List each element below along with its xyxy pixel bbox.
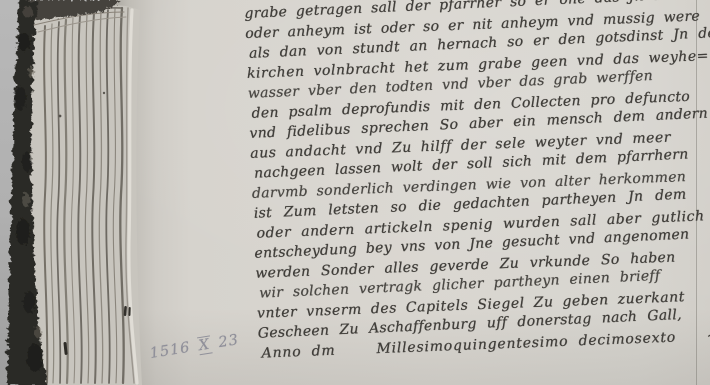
manuscript-photo: grabe getragen sall der pfarrher so er o… xyxy=(0,0,710,385)
pencil-month-roman: X xyxy=(197,335,213,355)
book-binding-and-fore-edge xyxy=(0,0,152,385)
handwritten-text-block: grabe getragen sall der pfarrher so er o… xyxy=(244,0,710,364)
pencil-day: 23 xyxy=(217,332,240,351)
fore-edge-stack xyxy=(27,5,142,385)
